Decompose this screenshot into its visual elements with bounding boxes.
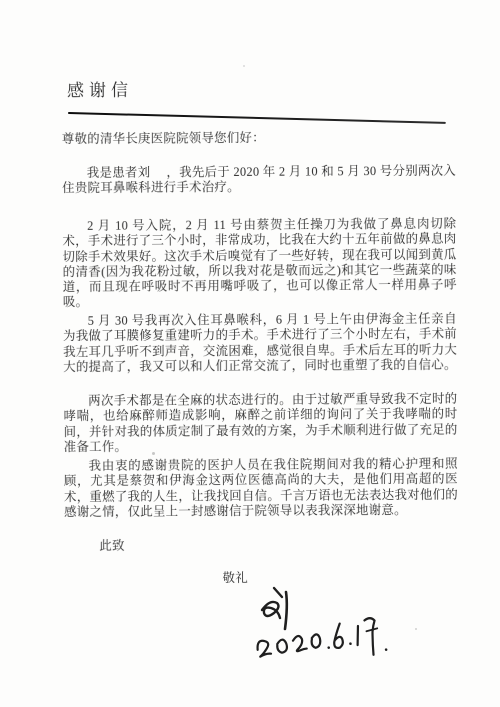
scan-speckle [152, 452, 155, 455]
body-paragraph-5: 我由衷的感谢贵院的医护人员在我住院期间对我的精心护理和照顾，尤其是蔡贺和伊海金这… [64, 457, 458, 521]
closing-jingli: 敬礼 [222, 571, 247, 586]
scan-speckle [415, 628, 417, 630]
closing-cizhi: 此致 [99, 539, 124, 554]
handwritten-signature [246, 582, 481, 682]
body-paragraph-4: 两次手术都是在全麻的状态进行的。由于过敏严重导致我不定时的哮喘，也给麻醉师造成影… [63, 392, 457, 456]
scan-speckle [243, 65, 245, 67]
salutation: 尊敬的清华长庚医院院领导您们好： [62, 131, 265, 148]
scanned-letter-page: 感谢信 尊敬的清华长庚医院院领导您们好： 我是患者刘 ，我先后于 2020 年 … [0, 0, 500, 707]
body-paragraph-3: 5 月 30 号我再次入住耳鼻喉科，6 月 1 号上午由伊海金主任亲自为我做了耳… [63, 312, 457, 376]
body-paragraph-2: 2 月 10 号入院，2 月 11 号由蔡贺主任操刀为我做了鼻息肉切除术，手术进… [62, 217, 457, 311]
body-paragraph-1: 我是患者刘 ，我先后于 2020 年 2 月 10 和 5 月 30 号分别两次… [62, 164, 456, 197]
signature-scribble-liu [262, 588, 287, 629]
handwritten-date [256, 617, 388, 665]
